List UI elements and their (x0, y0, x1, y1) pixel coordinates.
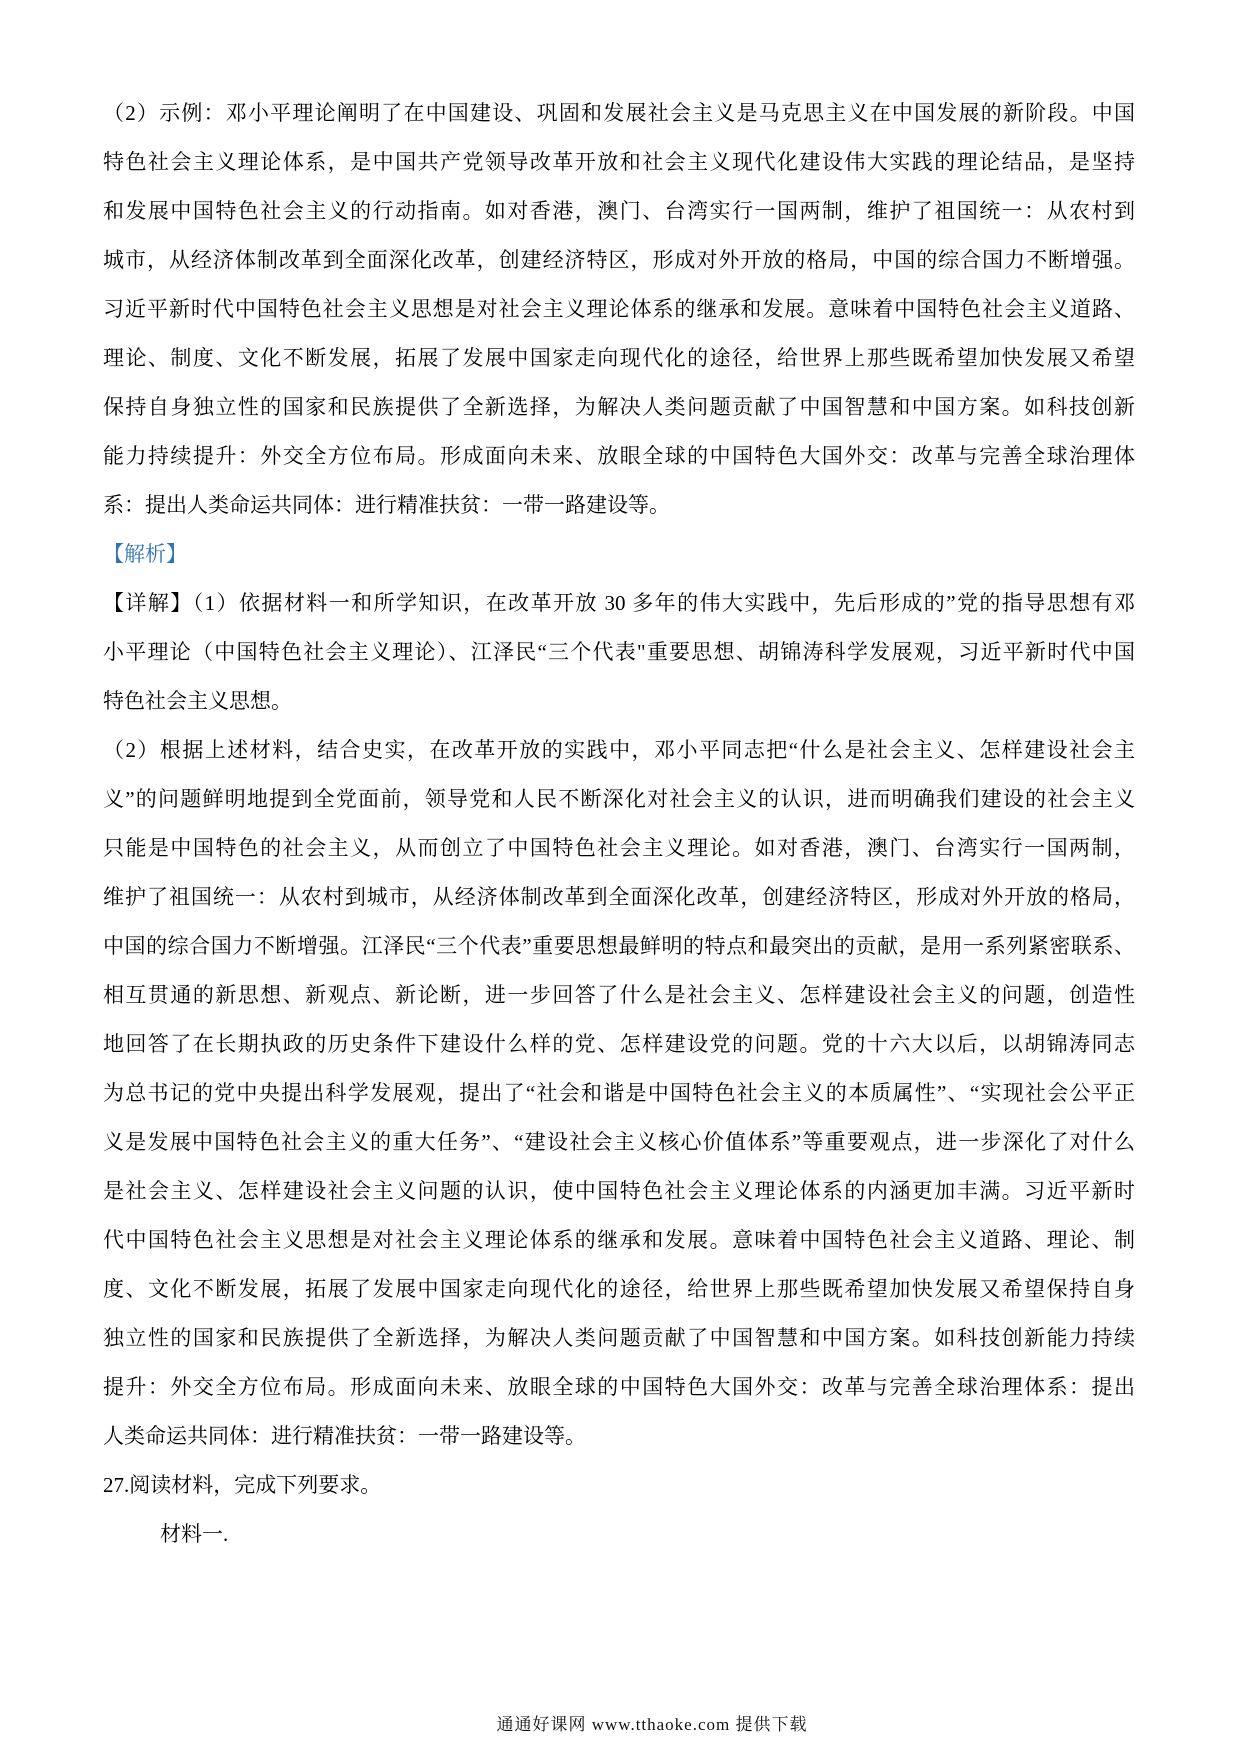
text-line: 度、文化不断发展，拓展了发展中国家走向现代化的途径，给世界上那些既希望加快发展又… (103, 1265, 1135, 1314)
text-line: 系：提出人类命运共同体：进行精准扶贫：一带一路建设等。 (103, 481, 1135, 530)
text-line: 保持自身独立性的国家和民族提供了全新选择，为解决人类问题贡献了中国智慧和中国方案… (103, 383, 1135, 432)
text-line: 为总书记的党中央提出科学发展观，提出了“社会和谐是中国特色社会主义的本质属性”、… (103, 1069, 1135, 1118)
text-line: 提升：外交全方位布局。形成面向未来、放眼全球的中国特色大国外交：改革与完善全球治… (103, 1363, 1135, 1412)
text-line: （2）根据上述材料，结合史实，在改革开放的实践中，邓小平同志把“什么是社会主义、… (103, 726, 1135, 775)
text-line: 人类命运共同体：进行精准扶贫：一带一路建设等。 (103, 1412, 1135, 1461)
text-line: 特色社会主义思想。 (103, 677, 1135, 726)
text-line: 城市，从经济体制改革到全面深化改革，创建经济特区，形成对外开放的格局，中国的综合… (103, 236, 1135, 285)
text-line: 独立性的国家和民族提供了全新选择，为解决人类问题贡献了中国智慧和中国方案。如科技… (103, 1314, 1135, 1363)
text-line: 相互贯通的新思想、新观点、新论断，进一步回答了什么是社会主义、怎样建设社会主义的… (103, 971, 1135, 1020)
text-line: 只能是中国特色的社会主义，从而创立了中国特色社会主义理论。如对香港，澳门、台湾实… (103, 824, 1135, 873)
text-line: 代中国特色社会主义思想是对社会主义理论体系的继承和发展。意味着中国特色社会主义道… (103, 1216, 1135, 1265)
text-line: 特色社会主义理论体系，是中国共产党领导改革开放和社会主义现代化建设伟大实践的理论… (103, 138, 1135, 187)
text-line: 习近平新时代中国特色社会主义思想是对社会主义理论体系的继承和发展。意味着中国特色… (103, 285, 1135, 334)
question-27-heading: 27.阅读材料，完成下列要求。 (103, 1461, 1135, 1510)
text-line: 小平理论（中国特色社会主义理论）、江泽民“三个代表"重要思想、胡锦涛科学发展观，… (103, 628, 1135, 677)
text-line: 义”的问题鲜明地提到全党面前，领导党和人民不断深化对社会主义的认识，进而明确我们… (103, 775, 1135, 824)
text-line: （2）示例：邓小平理论阐明了在中国建设、巩固和发展社会主义是马克思主义在中国发展… (103, 89, 1135, 138)
text-line: 和发展中国特色社会主义的行动指南。如对香港，澳门、台湾实行一国两制，维护了祖国统… (103, 187, 1135, 236)
document-body: （2）示例：邓小平理论阐明了在中国建设、巩固和发展社会主义是马克思主义在中国发展… (103, 89, 1135, 1559)
text-line: 义是发展中国特色社会主义的重大任务”、“建设社会主义核心价值体系”等重要观点，进… (103, 1118, 1135, 1167)
text-line: 能力持续提升：外交全方位布局。形成面向未来、放眼全球的中国特色大国外交：改革与完… (103, 432, 1135, 481)
document-page: （2）示例：邓小平理论阐明了在中国建设、巩固和发展社会主义是马克思主义在中国发展… (0, 0, 1240, 1754)
text-line: 是社会主义、怎样建设社会主义问题的认识，使中国特色社会主义理论体系的内涵更加丰满… (103, 1167, 1135, 1216)
text-line: 地回答了在长期执政的历史条件下建设什么样的党、怎样建设党的问题。党的十六大以后，… (103, 1020, 1135, 1069)
text-line: 中国的综合国力不断增强。江泽民“三个代表”重要思想最鲜明的特点和最突出的贡献，是… (103, 922, 1135, 971)
analysis-label: 【解析】 (103, 530, 1135, 579)
detail-part1-paragraph: 【详解】（1）依据材料一和所学知识，在改革开放 30 多年的伟大实践中，先后形成… (103, 579, 1135, 726)
page-footer: 通通好课网 www.tthaoke.com 提供下载 (0, 1712, 1240, 1738)
text-line: 理论、制度、文化不断发展，拓展了发展中国家走向现代化的途径，给世界上那些既希望加… (103, 334, 1135, 383)
footer-text: 通通好课网 www.tthaoke.com 提供下载 (496, 1715, 807, 1734)
answer-part2-paragraph: （2）示例：邓小平理论阐明了在中国建设、巩固和发展社会主义是马克思主义在中国发展… (103, 89, 1135, 530)
text-line: 【详解】（1）依据材料一和所学知识，在改革开放 30 多年的伟大实践中，先后形成… (103, 579, 1135, 628)
text-line: 维护了祖国统一：从农村到城市，从经济体制改革到全面深化改革，创建经济特区，形成对… (103, 873, 1135, 922)
detail-part2-paragraph: （2）根据上述材料，结合史实，在改革开放的实践中，邓小平同志把“什么是社会主义、… (103, 726, 1135, 1461)
material-1-label: 材料一. (103, 1510, 1135, 1559)
